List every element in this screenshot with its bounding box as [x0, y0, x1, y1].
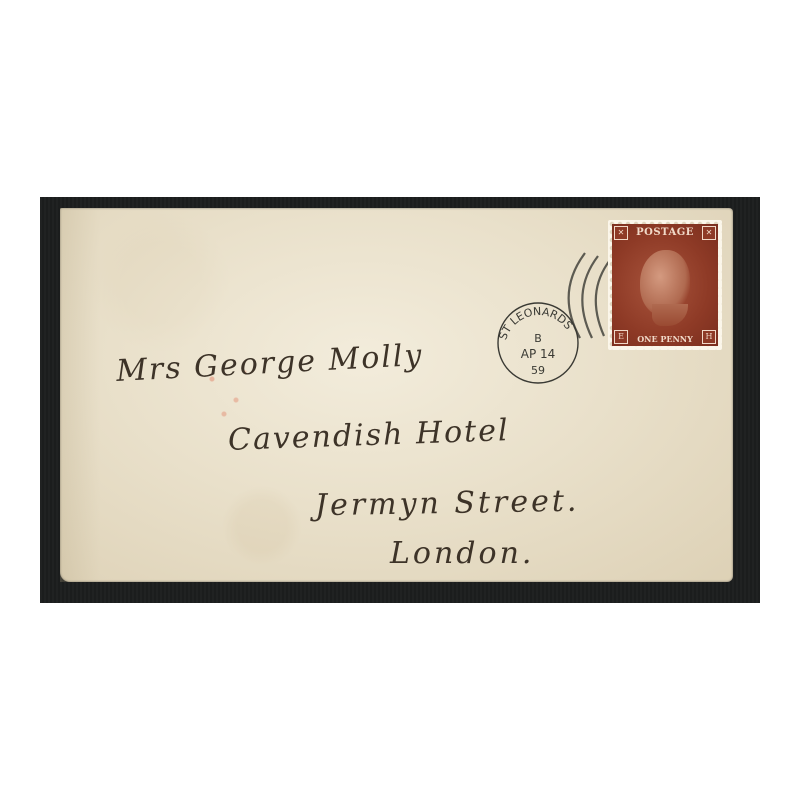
stamp-check-letter-left: E — [614, 330, 628, 344]
penny-red-stamp: POSTAGE ✕ ✕ E H ONE PENNY — [608, 220, 722, 350]
stamp-corner-star-icon: ✕ — [702, 226, 716, 240]
postmark: ST LEONARDS B AP 14 59 — [493, 298, 583, 388]
address-line-street: Jermyn Street. — [315, 484, 580, 524]
address-line-recipient: Mrs George Molly — [115, 338, 424, 389]
envelope: ST LEONARDS B AP 14 59 POSTAGE ✕ ✕ E H O… — [60, 208, 733, 582]
envelope-fold-shading — [60, 208, 100, 582]
postmark-year: 59 — [531, 364, 545, 377]
postmark-code: B — [534, 332, 542, 345]
address-line-city: London. — [390, 536, 534, 571]
stamp-corner-star-icon: ✕ — [614, 226, 628, 240]
postmark-date: AP 14 — [521, 347, 556, 361]
stamp-value-label: ONE PENNY — [628, 334, 702, 344]
address-line-hotel: Cavendish Hotel — [227, 413, 510, 458]
portrait-neck — [652, 304, 688, 326]
stamp-check-letter-right: H — [702, 330, 716, 344]
